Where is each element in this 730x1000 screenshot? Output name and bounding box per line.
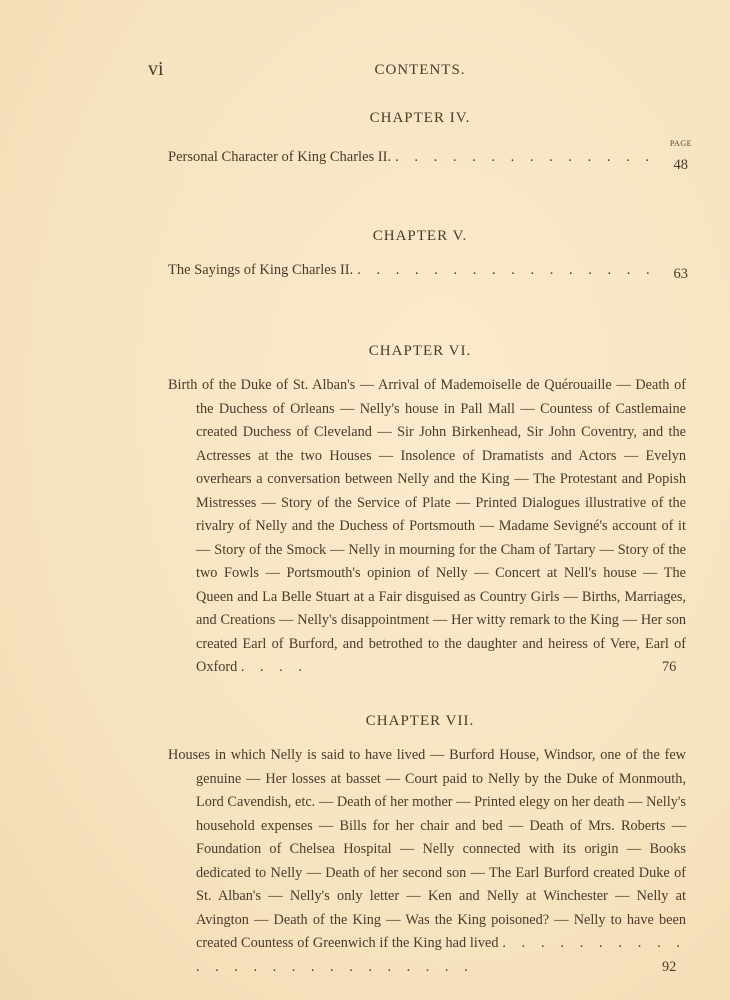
- leader-dots: . . . . . . . . . . . . . . . . .: [357, 260, 662, 280]
- toc-entry-text: Birth of the Duke of St. Alban's — Arriv…: [168, 377, 686, 675]
- toc-entry-chapter-vii[interactable]: Houses in which Nelly is said to have li…: [168, 744, 686, 979]
- leader-dots: . . . . . . . . . . . . . . .: [395, 147, 662, 167]
- chapter-heading-vii: CHAPTER VII.: [148, 713, 692, 730]
- toc-entry-text: Houses in which Nelly is said to have li…: [168, 747, 686, 951]
- chapter-heading-v: CHAPTER V.: [148, 228, 692, 245]
- toc-entry-text: The Sayings of King Charles II.: [168, 260, 353, 280]
- toc-entry-text: Personal Character of King Charles II.: [168, 147, 391, 167]
- running-title: CONTENTS.: [148, 62, 692, 79]
- toc-entry-chapter-vi[interactable]: Birth of the Duke of St. Alban's — Arriv…: [168, 374, 686, 680]
- book-page: vi CONTENTS. CHAPTER IV. PAGE Personal C…: [0, 0, 730, 1000]
- leader-dots: . . . .: [241, 659, 308, 675]
- running-head: vi CONTENTS.: [148, 58, 692, 82]
- toc-page-number: 63: [666, 264, 688, 284]
- chapter-heading-iv: CHAPTER IV.: [148, 110, 692, 127]
- toc-entry-chapter-iv[interactable]: Personal Character of King Charles II. .…: [168, 147, 688, 167]
- toc-entry-chapter-v[interactable]: The Sayings of King Charles II. . . . . …: [168, 260, 688, 280]
- chapter-heading-vi: CHAPTER VI.: [148, 343, 692, 360]
- toc-page-number: 48: [666, 155, 688, 175]
